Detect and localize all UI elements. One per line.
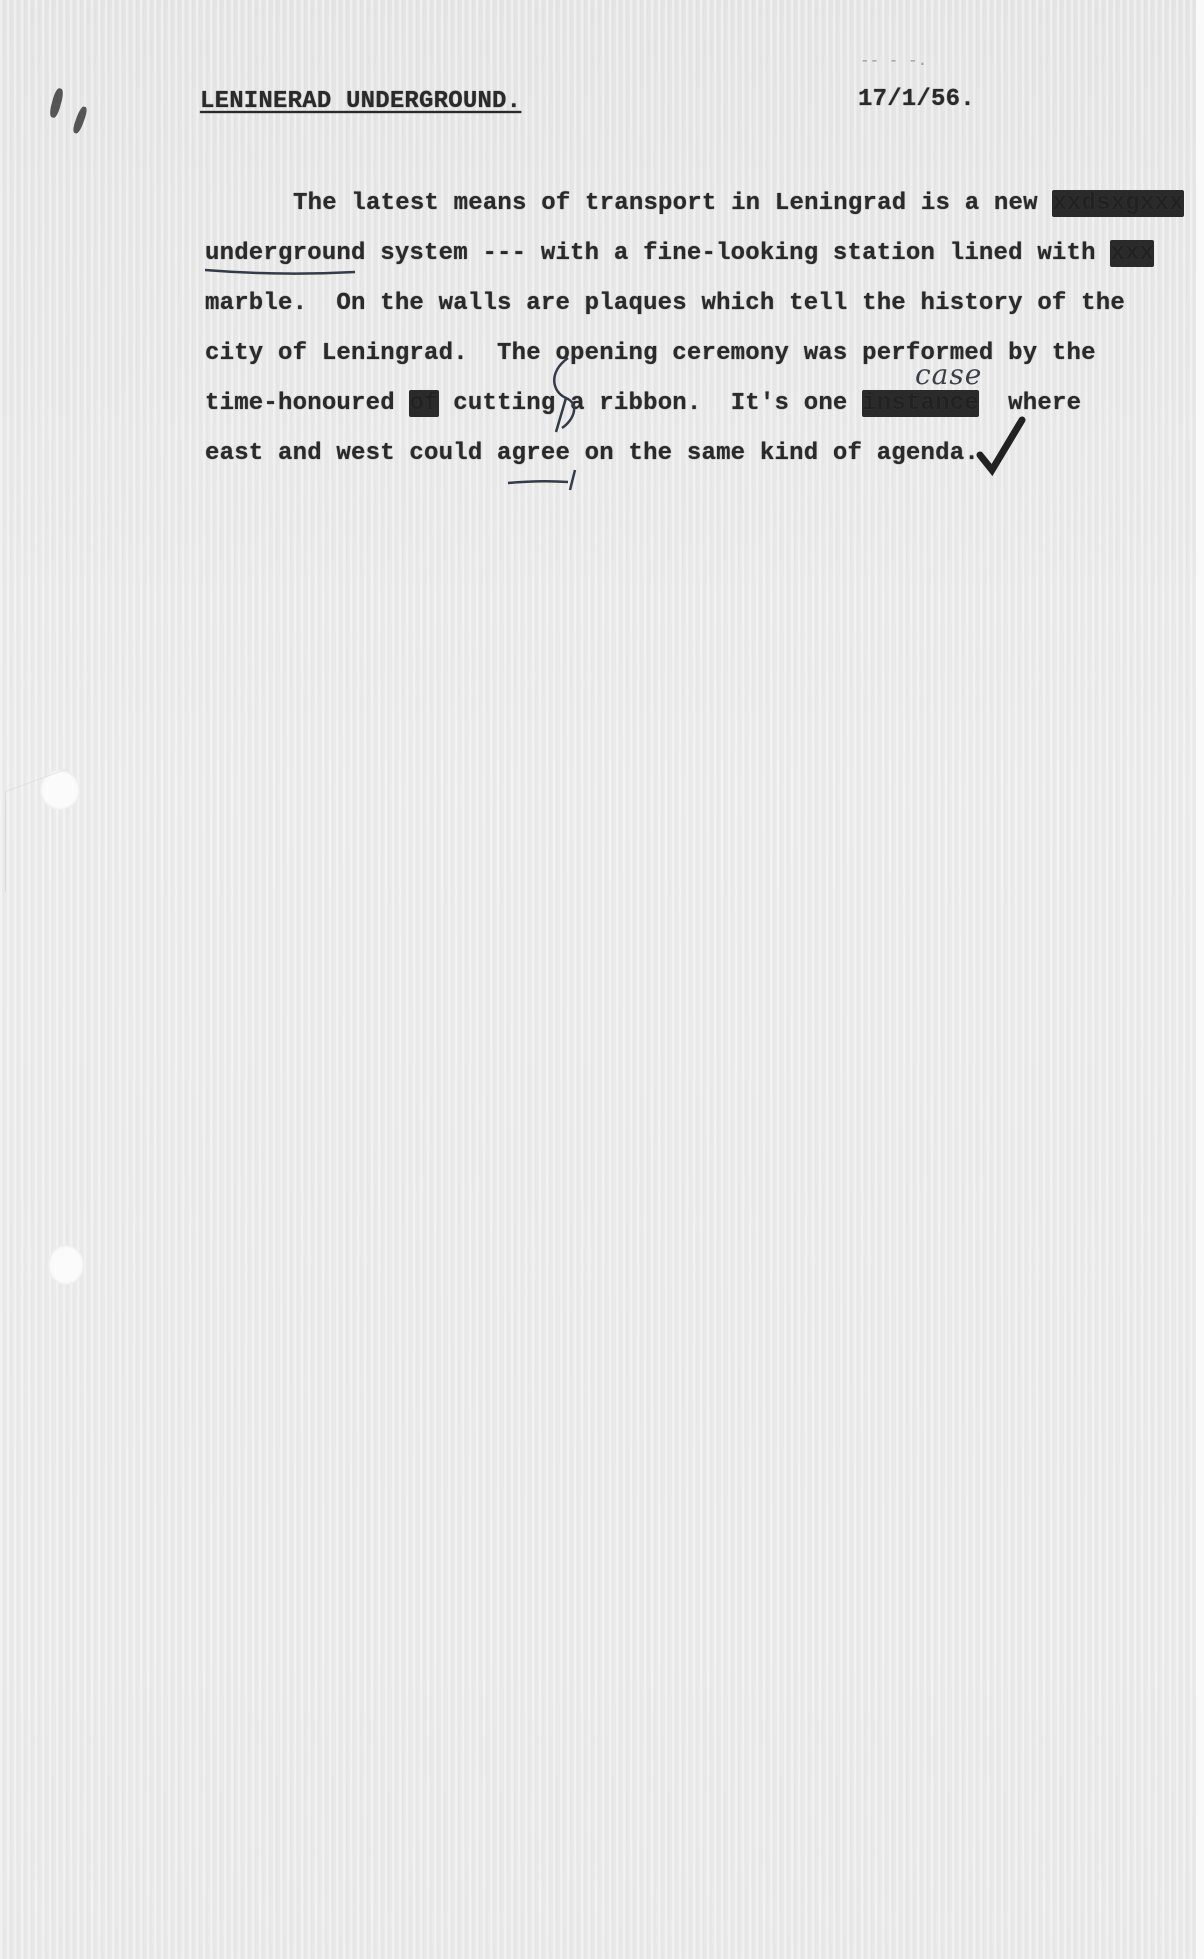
body-text: The latest means of transport in Leningr… (293, 190, 1052, 217)
page-edge (1196, 0, 1204, 1959)
body-text: where (979, 390, 1081, 417)
body-text: underground system --- with a fine-looki… (205, 240, 1110, 267)
body-text: cutting a ribbon. It's one (439, 390, 862, 417)
body-line-2: underground system --- with a fine-looki… (205, 240, 1154, 267)
body-line-6: east and west could agree on the same ki… (205, 440, 979, 467)
struck-text: instance (862, 390, 979, 417)
reference-mark: -- - -. (860, 52, 927, 70)
body-line-3: marble. On the walls are plaques which t… (205, 290, 1125, 317)
document-date: 17/1/56. (858, 86, 975, 113)
punch-hole (48, 1245, 84, 1285)
body-line-5: time-honoured of cutting a ribbon. It's … (205, 390, 1081, 417)
handwritten-insertion: case (915, 358, 982, 391)
struck-text: xxx (1110, 240, 1154, 267)
document-heading: LENINERAD UNDERGROUND. (200, 88, 521, 115)
body-line-1: The latest means of transport in Leningr… (293, 190, 1184, 217)
struck-text: of (409, 390, 438, 417)
body-text: time-honoured (205, 390, 409, 417)
struck-text: xxdsxgxxx (1052, 190, 1183, 217)
